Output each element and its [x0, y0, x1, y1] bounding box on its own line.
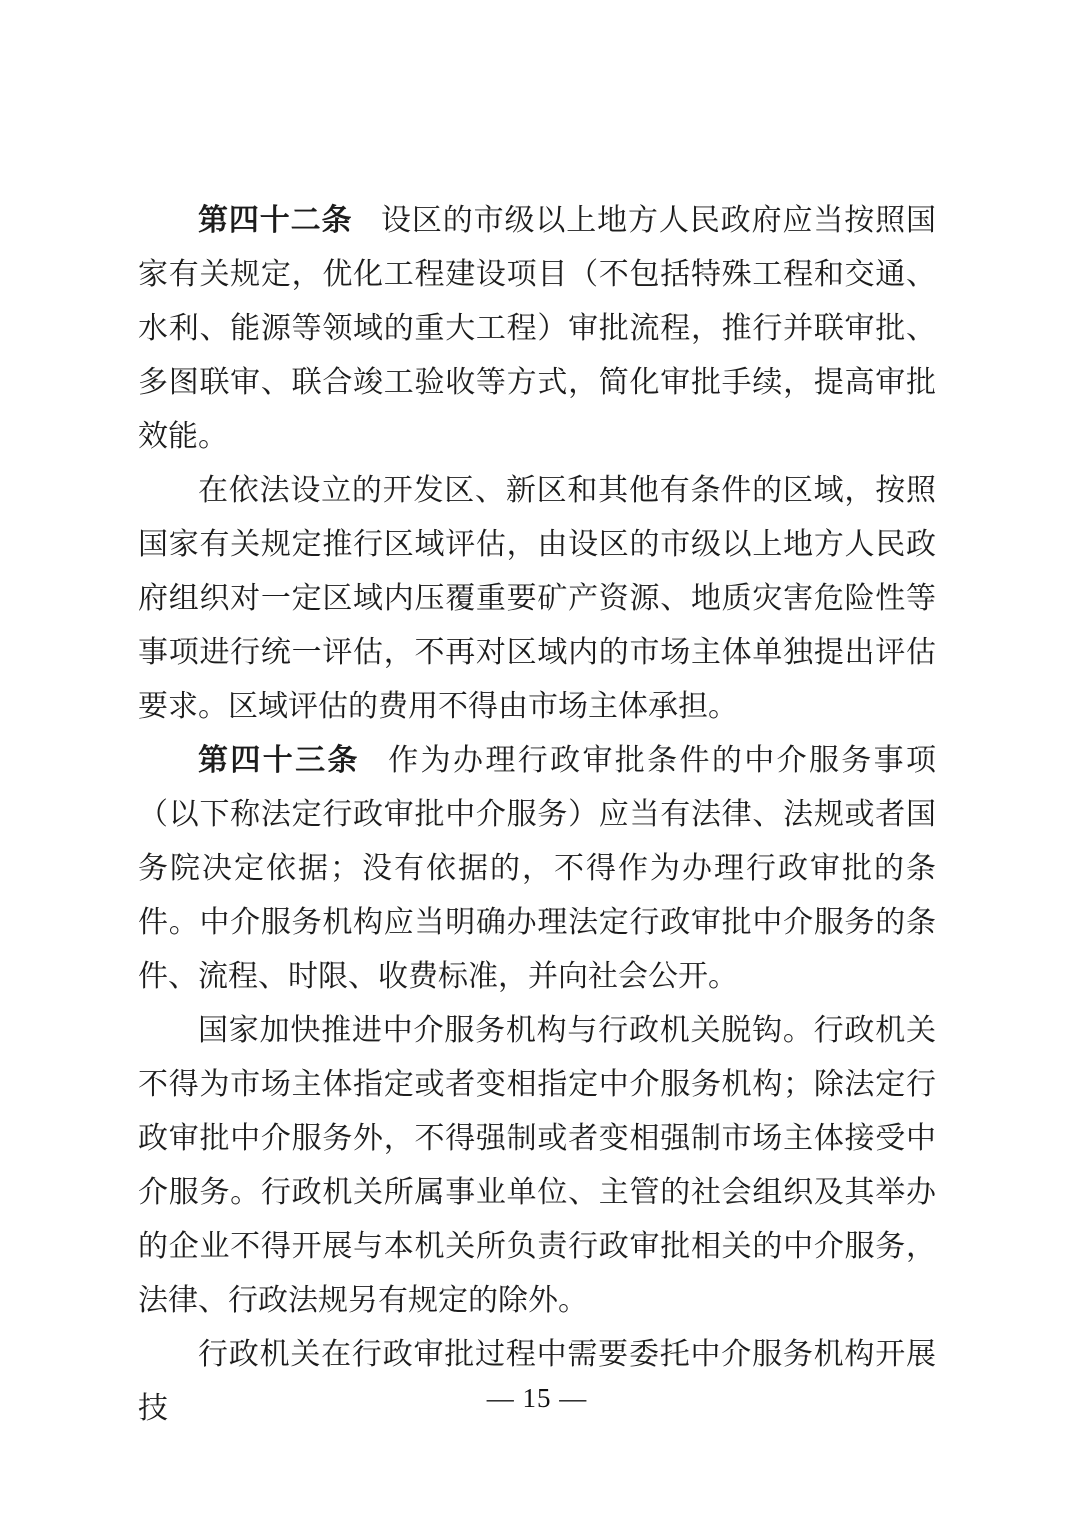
paragraph-text: 设区的市级以上地方人民政府应当按照国家有关规定，优化工程建设项目（不包括特殊工程… [138, 204, 936, 453]
document-page: 第四十二条设区的市级以上地方人民政府应当按照国家有关规定，优化工程建设项目（不包… [0, 0, 1074, 1520]
paragraph-text: 在依法设立的开发区、新区和其他有条件的区域，按照国家有关规定推行区域评估，由设区… [138, 474, 936, 723]
article-43-heading: 第四十三条 [198, 744, 360, 777]
article-42-heading: 第四十二条 [198, 204, 352, 237]
paragraph-text: 国家加快推进中介服务机构与行政机关脱钩。行政机关不得为市场主体指定或者变相指定中… [138, 1014, 936, 1317]
paragraph-article-43-clause-2: 国家加快推进中介服务机构与行政机关脱钩。行政机关不得为市场主体指定或者变相指定中… [138, 1004, 936, 1328]
paragraph-text: 作为办理行政审批条件的中介服务事项（以下称法定行政审批中介服务）应当有法律、法规… [138, 744, 936, 993]
page-number: — 15 — [487, 1383, 588, 1413]
paragraph-article-42-clause-2: 在依法设立的开发区、新区和其他有条件的区域，按照国家有关规定推行区域评估，由设区… [138, 464, 936, 734]
paragraph-article-42: 第四十二条设区的市级以上地方人民政府应当按照国家有关规定，优化工程建设项目（不包… [138, 194, 936, 464]
page-footer: — 15 — [0, 1381, 1074, 1415]
paragraph-article-43: 第四十三条作为办理行政审批条件的中介服务事项（以下称法定行政审批中介服务）应当有… [138, 734, 936, 1004]
document-body: 第四十二条设区的市级以上地方人民政府应当按照国家有关规定，优化工程建设项目（不包… [138, 194, 936, 1436]
